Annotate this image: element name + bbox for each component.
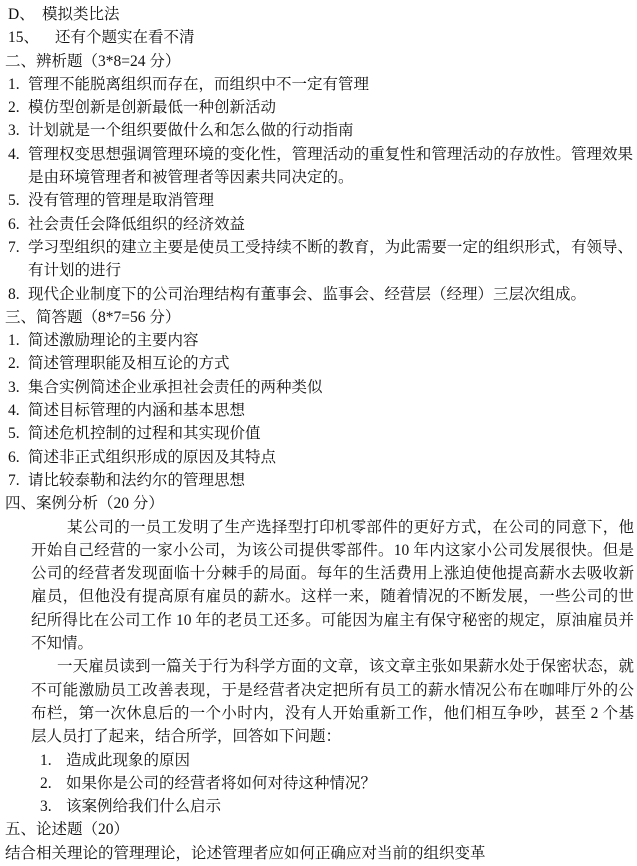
- case-question: 3. 该案例给我们什么启示: [0, 795, 637, 818]
- list-text: 造成此现象的原因: [66, 749, 637, 772]
- case-question: 1. 造成此现象的原因: [0, 749, 637, 772]
- list-item: 2. 模仿型创新是创新最低一种创新活动: [0, 96, 637, 119]
- list-text: 如果你是公司的经营者将如何对待这种情况？: [66, 772, 637, 795]
- list-item: 3. 计划就是一个组织要做什么和怎么做的行动指南: [0, 119, 637, 142]
- list-item: 1. 简述激励理论的主要内容: [0, 329, 637, 352]
- list-marker: 3.: [8, 376, 28, 399]
- case-question: 2. 如果你是公司的经营者将如何对待这种情况？: [0, 772, 637, 795]
- list-marker: 1.: [8, 329, 28, 352]
- list-marker: 3.: [8, 119, 28, 142]
- list-marker: 6.: [8, 446, 28, 469]
- list-item: 7. 请比较泰勒和法约尔的管理思想: [0, 469, 637, 492]
- list-marker: 4.: [8, 143, 28, 166]
- list-marker: 7.: [8, 469, 28, 492]
- list-item: 4. 管理权变思想强调管理环境的变化性，管理活动的重复性和管理活动的存放性。管理…: [0, 143, 637, 190]
- list-item: 5. 没有管理的管理是取消管理: [0, 189, 637, 212]
- section-heading-bianxi: 二、辨析题（3*8=24 分）: [0, 50, 637, 73]
- list-marker: 1.: [40, 749, 66, 772]
- list-item: 3. 集合实例简述企业承担社会责任的两种类似: [0, 376, 637, 399]
- essay-prompt: 结合相关理论的管理理论，论述管理者应如何正确应对当前的组织变革: [0, 842, 637, 865]
- list-marker: 6.: [8, 213, 28, 236]
- list-text: 没有管理的管理是取消管理: [28, 189, 637, 212]
- list-marker: 5.: [8, 422, 28, 445]
- list-text: 简述目标管理的内涵和基本思想: [28, 399, 637, 422]
- question-15-line: 15、 还有个题实在看不清: [0, 26, 637, 49]
- list-marker: 2.: [8, 96, 28, 119]
- section-heading-anli: 四、案例分析（20 分）: [0, 492, 637, 515]
- list-text: 管理权变思想强调管理环境的变化性，管理活动的重复性和管理活动的存放性。管理效果是…: [28, 143, 637, 190]
- list-text: 该案例给我们什么启示: [66, 795, 637, 818]
- list-text: 简述激励理论的主要内容: [28, 329, 637, 352]
- question-number: 15、: [8, 26, 55, 49]
- list-marker: 1.: [8, 73, 28, 96]
- list-marker: 8.: [8, 283, 28, 306]
- option-line: D、 模拟类比法: [0, 3, 637, 26]
- list-text: 管理不能脱离组织而存在，而组织中不一定有管理: [28, 73, 637, 96]
- list-marker: 4.: [8, 399, 28, 422]
- option-text: 模拟类比法: [42, 3, 637, 26]
- list-item: 7. 学习型组织的建立主要是使员工受持续不断的教育，为此需要一定的组织形式，有领…: [0, 236, 637, 283]
- list-marker: 2.: [40, 772, 66, 795]
- list-text: 学习型组织的建立主要是使员工受持续不断的教育，为此需要一定的组织形式，有领导、有…: [28, 236, 637, 283]
- list-text: 简述管理职能及相互论的方式: [28, 352, 637, 375]
- list-item: 2. 简述管理职能及相互论的方式: [0, 352, 637, 375]
- section-heading-jianda: 三、简答题（8*7=56 分）: [0, 306, 637, 329]
- exam-document-page: D、 模拟类比法 15、 还有个题实在看不清 二、辨析题（3*8=24 分） 1…: [0, 0, 637, 865]
- option-marker: D、: [8, 3, 42, 26]
- list-text: 集合实例简述企业承担社会责任的两种类似: [28, 376, 637, 399]
- case-paragraph-1: 某公司的一员工发明了生产选择型打印机零部件的更好方式，在公司的同意下，他开始自己…: [31, 516, 634, 656]
- list-text: 请比较泰勒和法约尔的管理思想: [28, 469, 637, 492]
- list-item: 8. 现代企业制度下的公司治理结构有董事会、监事会、经营层（经理）三层次组成。: [0, 283, 637, 306]
- list-text: 模仿型创新是创新最低一种创新活动: [28, 96, 637, 119]
- list-text: 简述非正式组织形成的原因及其特点: [28, 446, 637, 469]
- list-text: 现代企业制度下的公司治理结构有董事会、监事会、经营层（经理）三层次组成。: [28, 283, 637, 306]
- section-heading-lunshu: 五、论述题（20）: [0, 818, 637, 841]
- list-text: 社会责任会降低组织的经济效益: [28, 213, 637, 236]
- list-marker: 3.: [40, 795, 66, 818]
- list-marker: 5.: [8, 189, 28, 212]
- question-text: 还有个题实在看不清: [55, 26, 637, 49]
- list-text: 简述危机控制的过程和其实现价值: [28, 422, 637, 445]
- list-text: 计划就是一个组织要做什么和怎么做的行动指南: [28, 119, 637, 142]
- list-item: 1. 管理不能脱离组织而存在，而组织中不一定有管理: [0, 73, 637, 96]
- list-item: 4. 简述目标管理的内涵和基本思想: [0, 399, 637, 422]
- list-marker: 7.: [8, 236, 28, 259]
- list-item: 6. 简述非正式组织形成的原因及其特点: [0, 446, 637, 469]
- list-item: 5. 简述危机控制的过程和其实现价值: [0, 422, 637, 445]
- list-marker: 2.: [8, 352, 28, 375]
- list-item: 6. 社会责任会降低组织的经济效益: [0, 213, 637, 236]
- case-paragraph-2: 一天雇员读到一篇关于行为科学方面的文章，该文章主张如果薪水处于保密状态，就不可能…: [31, 655, 634, 748]
